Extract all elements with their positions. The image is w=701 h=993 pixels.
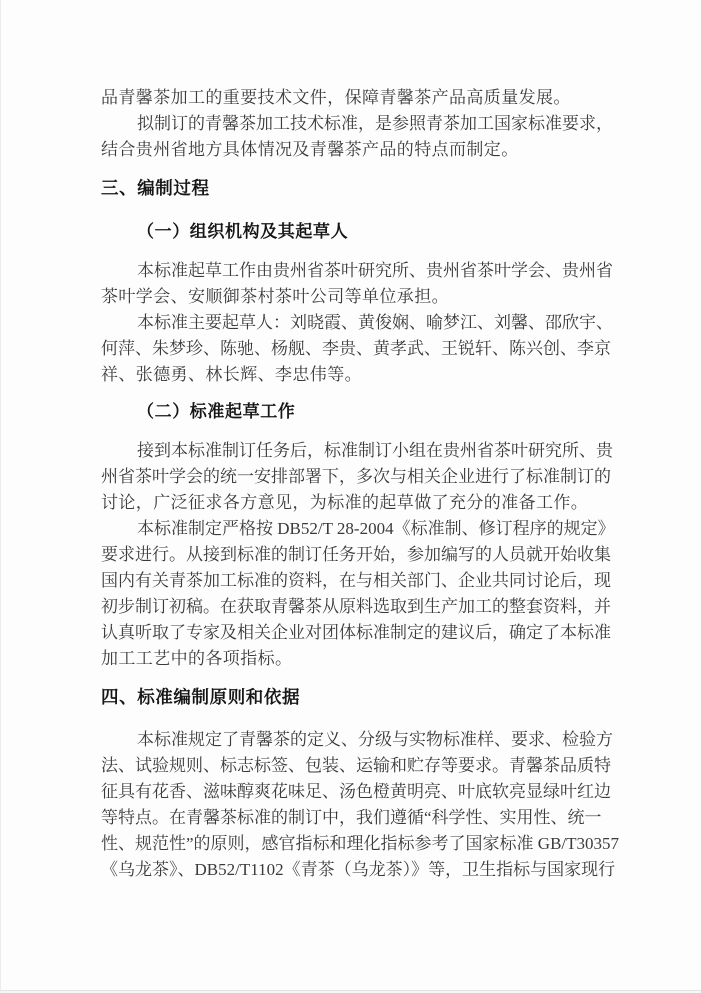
body-text-line: 拟制订的青馨茶加工技术标准，是参照青茶加工国家标准要求，: [101, 111, 600, 137]
body-text-line: 茶叶学会、安顺御茶村茶叶公司等单位承担。: [101, 284, 600, 310]
body-text-line: 本标准主要起草人：刘晓霞、黄俊娴、喻梦江、刘馨、邵欣宇、: [101, 310, 600, 336]
body-text-line: 本标准规定了青馨茶的定义、分级与实物标准样、要求、检验方: [101, 727, 600, 753]
body-text-line: 法、试验规则、标志标签、包装、运输和贮存等要求。青馨茶品质特: [101, 753, 600, 779]
body-text-line: 何萍、朱梦珍、陈驰、杨舰、李贵、黄孝武、王锐轩、陈兴创、李京: [101, 336, 600, 362]
body-text-line: 州省茶叶学会的统一安排部署下，多次与相关企业进行了标准制订的: [101, 464, 600, 490]
body-text-line: 本标准起草工作由贵州省茶叶研究所、贵州省茶叶学会、贵州省: [101, 258, 600, 284]
body-text-line: 等特点。在青馨茶标准的制订中，我们遵循“科学性、实用性、统一: [101, 805, 600, 831]
body-text-line: 征具有花香、滋味醇爽花味足、汤色橙黄明亮、叶底软亮显绿叶红边: [101, 779, 600, 805]
body-text-line: 祥、张德勇、林长辉、李忠伟等。: [101, 362, 600, 388]
section-heading: 三、编制过程: [101, 175, 600, 202]
body-text-line: 要求进行。从接到标准的制订任务开始，参加编写的人员就开始收集: [101, 542, 600, 568]
body-text-line: 品青馨茶加工的重要技术文件，保障青馨茶产品高质量发展。: [101, 85, 600, 111]
body-text-line: 结合贵州省地方具体情况及青馨茶产品的特点而制定。: [101, 137, 600, 163]
body-text-line: 讨论，广泛征求各方意见，为标准的起草做了充分的准备工作。: [101, 490, 600, 516]
body-text-line: 《乌龙茶》、DB52/T1102《青茶（乌龙茶）》等，卫生指标与国家现行: [101, 857, 600, 883]
section-heading: 四、标准编制原则和依据: [101, 684, 600, 711]
body-text-line: 初步制订初稿。在获取青馨茶从原料选取到生产加工的整套资料，并: [101, 594, 600, 620]
body-text-line: 国内有关青茶加工标准的资料，在与相关部门、企业共同讨论后，现: [101, 568, 600, 594]
document-page: 品青馨茶加工的重要技术文件，保障青馨茶产品高质量发展。 拟制订的青馨茶加工技术标…: [0, 0, 701, 993]
body-text-line: 性、规范性”的原则，感官指标和理化指标参考了国家标准 GB/T30357: [101, 831, 600, 857]
body-text-line: 本标准制定严格按 DB52/T 28-2004《标准制、修订程序的规定》: [101, 516, 600, 542]
body-text-line: 加工工艺中的各项指标。: [101, 646, 600, 672]
document-text-column: 品青馨茶加工的重要技术文件，保障青馨茶产品高质量发展。 拟制订的青馨茶加工技术标…: [101, 85, 600, 883]
subsection-heading: （一）组织机构及其起草人: [101, 218, 600, 245]
body-text-line: 认真听取了专家及相关企业对团体标准制定的建议后，确定了本标准: [101, 620, 600, 646]
body-text-line: 接到本标准制订任务后，标准制订小组在贵州省茶叶研究所、贵: [101, 438, 600, 464]
subsection-heading: （二）标准起草工作: [101, 398, 600, 425]
